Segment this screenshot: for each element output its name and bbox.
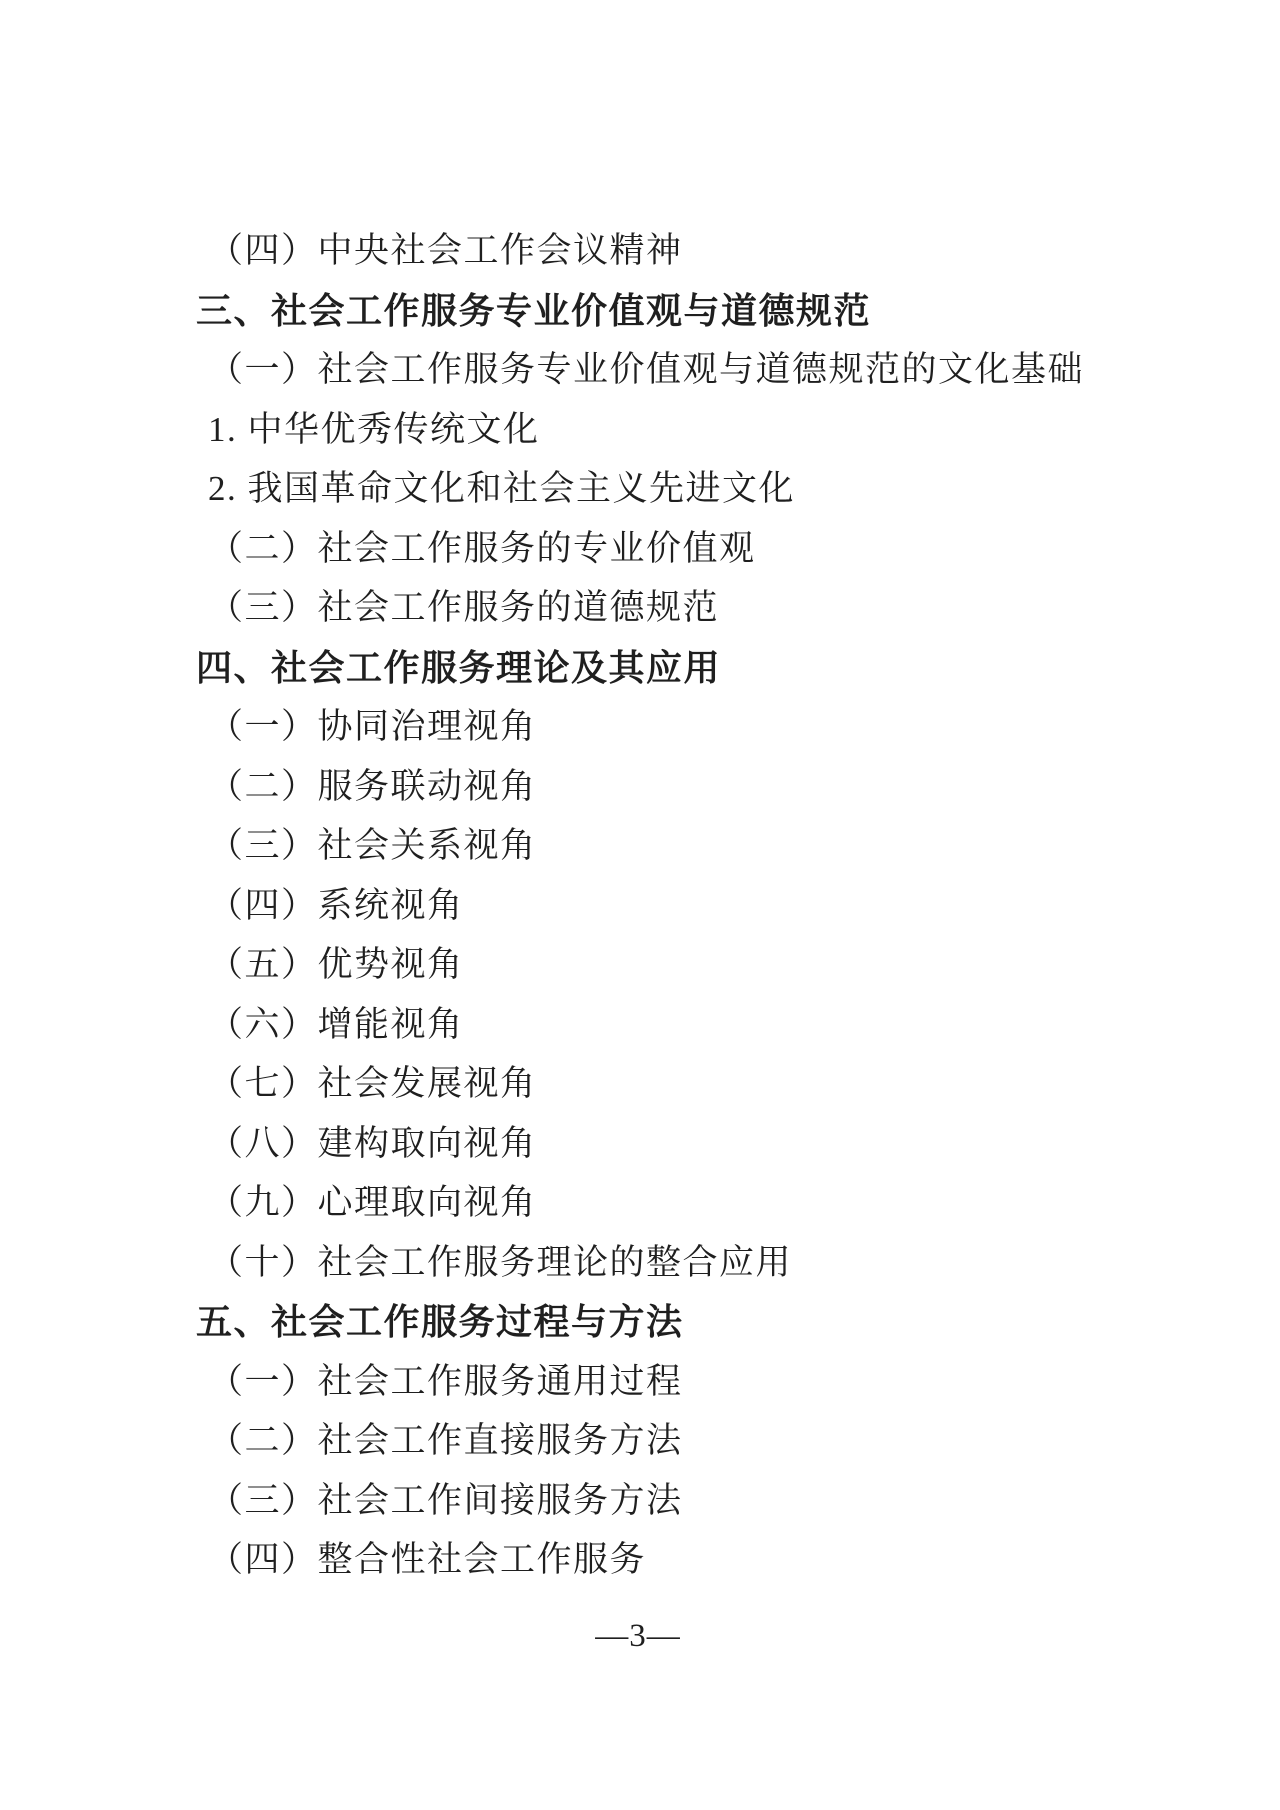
toc-item: （三）社会工作间接服务方法 xyxy=(208,1471,1180,1531)
toc-item: （七）社会发展视角 xyxy=(208,1054,1180,1114)
toc-item: （四）系统视角 xyxy=(208,876,1180,936)
document-page: （四）中央社会工作会议精神三、社会工作服务专业价值观与道德规范（一）社会工作服务… xyxy=(0,0,1280,1810)
toc-item: （八）建构取向视角 xyxy=(208,1114,1180,1174)
toc-item: （一）社会工作服务通用过程 xyxy=(208,1352,1180,1412)
toc-item: （三）社会关系视角 xyxy=(208,816,1180,876)
page-number: —3— xyxy=(0,1612,1276,1660)
section-heading: 四、社会工作服务理论及其应用 xyxy=(196,638,1180,698)
toc-item: （一）协同治理视角 xyxy=(208,697,1180,757)
toc-item: （二）社会工作直接服务方法 xyxy=(208,1411,1180,1471)
toc-item: （四）整合性社会工作服务 xyxy=(208,1530,1180,1590)
toc-item: （二）社会工作服务的专业价值观 xyxy=(208,519,1180,579)
section-heading: 三、社会工作服务专业价值观与道德规范 xyxy=(196,281,1180,341)
toc-item: （五）优势视角 xyxy=(208,935,1180,995)
toc-item: （三）社会工作服务的道德规范 xyxy=(208,578,1180,638)
toc-item: （一）社会工作服务专业价值观与道德规范的文化基础 xyxy=(208,340,1180,400)
toc-item: （十）社会工作服务理论的整合应用 xyxy=(208,1233,1180,1293)
toc-item: （四）中央社会工作会议精神 xyxy=(208,221,1180,281)
toc-item: 1. 中华优秀传统文化 xyxy=(208,400,1180,460)
toc-outline: （四）中央社会工作会议精神三、社会工作服务专业价值观与道德规范（一）社会工作服务… xyxy=(196,221,1180,1590)
toc-item: （六）增能视角 xyxy=(208,995,1180,1055)
toc-item: 2. 我国革命文化和社会主义先进文化 xyxy=(208,459,1180,519)
toc-item: （二）服务联动视角 xyxy=(208,757,1180,817)
toc-item: （九）心理取向视角 xyxy=(208,1173,1180,1233)
section-heading: 五、社会工作服务过程与方法 xyxy=(196,1292,1180,1352)
